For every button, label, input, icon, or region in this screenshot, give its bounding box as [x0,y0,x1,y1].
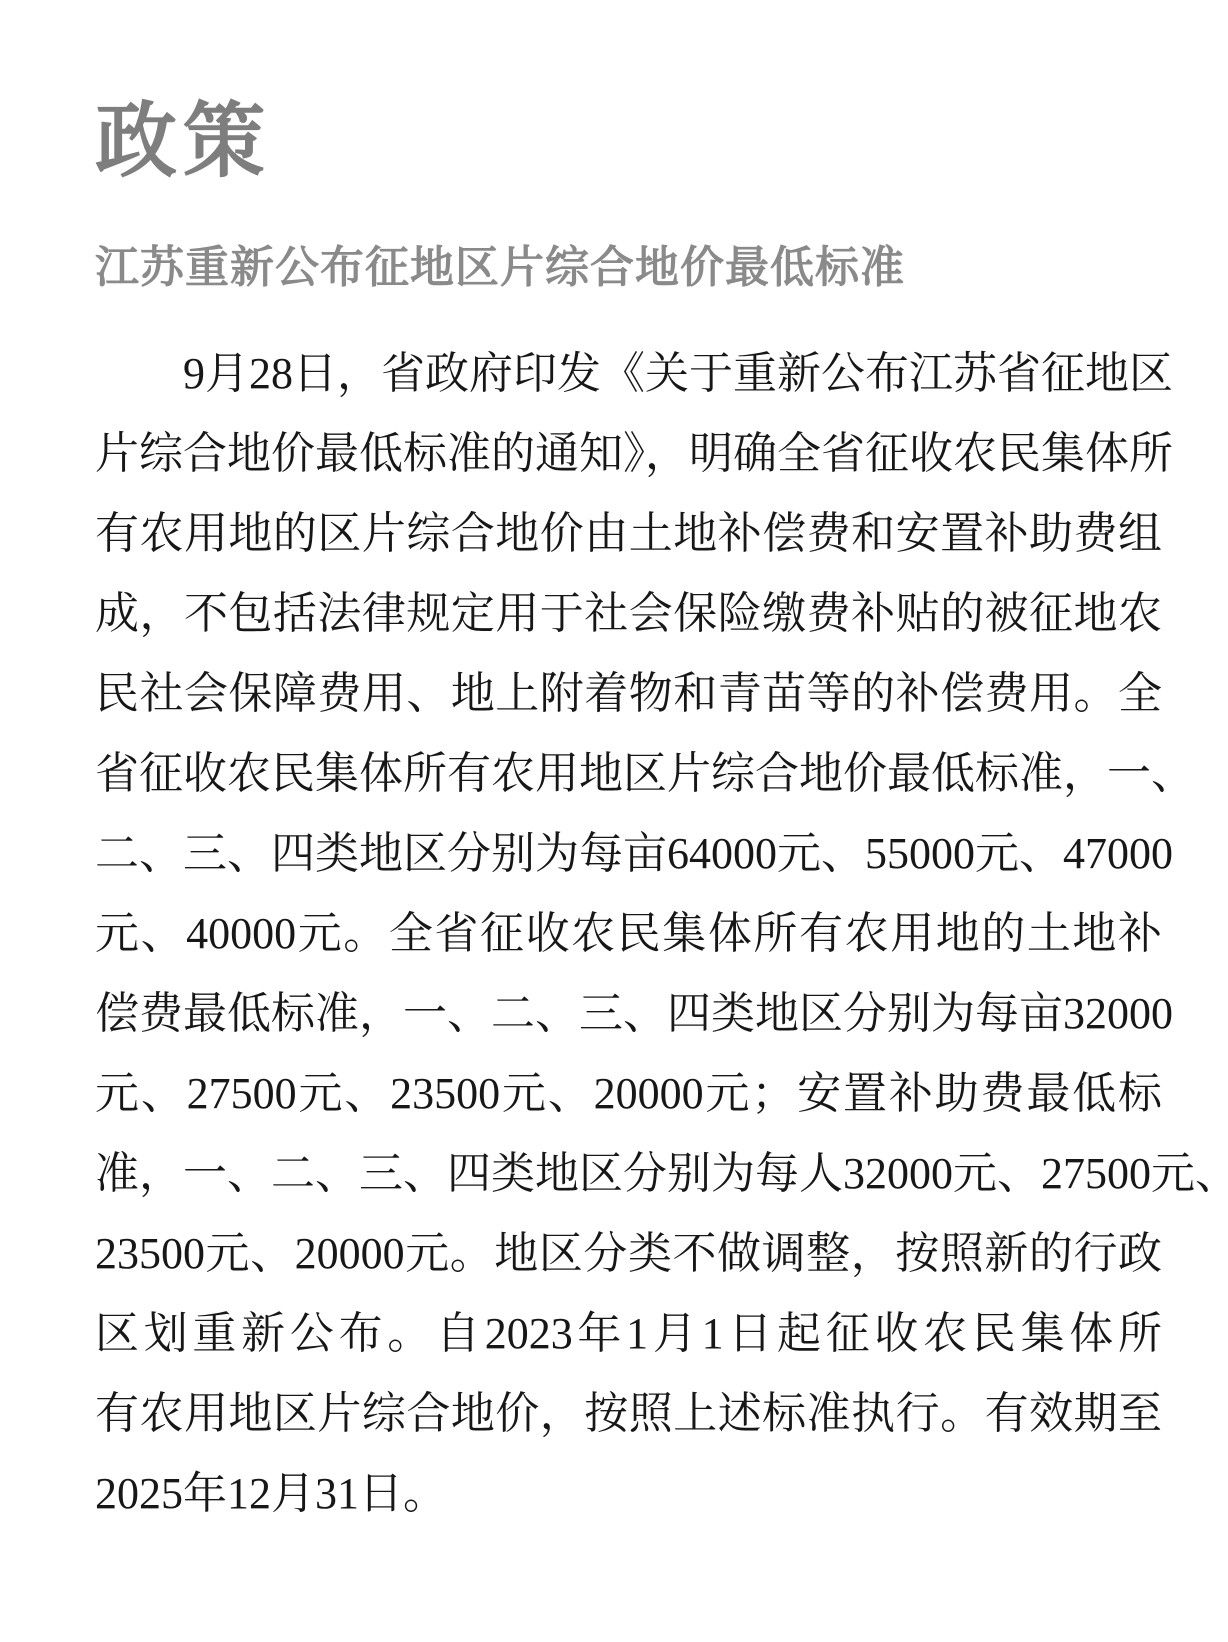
body-line: 2025年12月31日。 [95,1454,1162,1534]
body-line: 元、40000元。全省征收农民集体所有农用地的土地补 [95,894,1162,974]
body-line: 偿费最低标准，一、二、三、四类地区分别为每亩32000 [95,974,1162,1054]
body-line: 9月28日，省政府印发《关于重新公布江苏省征地区 [95,334,1162,414]
page-content: 政策 江苏重新公布征地区片综合地价最低标准 9月28日，省政府印发《关于重新公布… [95,0,1162,1534]
body-line: 区划重新公布。自2023年1月1日起征收农民集体所 [95,1294,1162,1374]
body-line: 23500元、20000元。地区分类不做调整，按照新的行政 [95,1214,1162,1294]
body-line: 民社会保障费用、地上附着物和青苗等的补偿费用。全 [95,654,1162,734]
body-line: 二、三、四类地区分别为每亩64000元、55000元、47000 [95,814,1162,894]
document-page: { "page": { "section_title": "政策", "arti… [0,0,1228,1642]
article-title: 江苏重新公布征地区片综合地价最低标准 [95,242,1162,294]
body-line: 成，不包括法律规定用于社会保险缴费补贴的被征地农 [95,574,1162,654]
body-line: 片综合地价最低标准的通知》，明确全省征收农民集体所 [95,414,1162,494]
body-line: 有农用地的区片综合地价由土地补偿费和安置补助费组 [95,494,1162,574]
article-body: 9月28日，省政府印发《关于重新公布江苏省征地区 片综合地价最低标准的通知》，明… [95,334,1162,1534]
body-line: 有农用地区片综合地价，按照上述标准执行。有效期至 [95,1374,1162,1454]
body-line: 省征收农民集体所有农用地区片综合地价最低标准，一、 [95,734,1162,814]
body-line: 元、27500元、23500元、20000元；安置补助费最低标 [95,1054,1162,1134]
section-title: 政策 [95,96,1162,188]
body-line: 准，一、二、三、四类地区分别为每人32000元、27500元、 [95,1134,1162,1214]
